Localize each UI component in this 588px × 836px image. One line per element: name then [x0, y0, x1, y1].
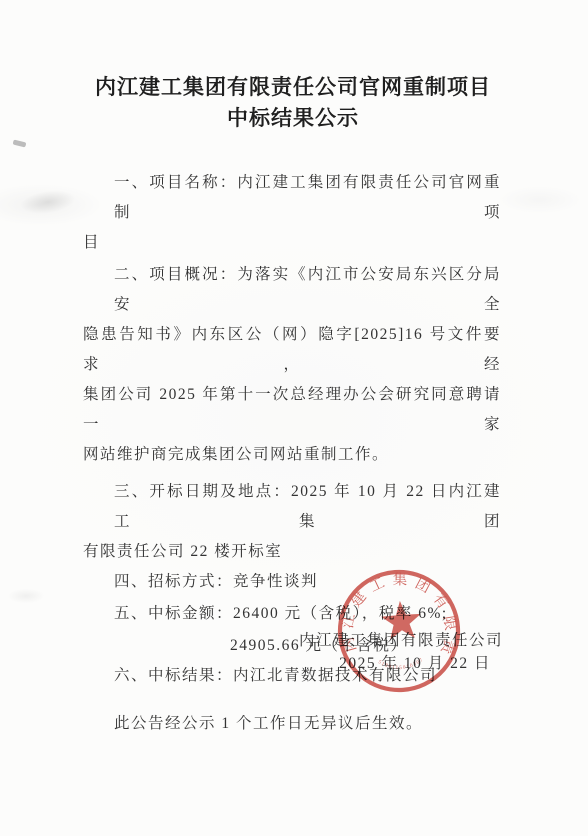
- scan-smudge: [17, 186, 80, 218]
- seal-serial: 5180115010307: [376, 656, 425, 673]
- title-line-1: 内江建工集团有限责任公司官网重制项目: [83, 72, 503, 103]
- body-line-8: 有限责任公司 22 楼开标室: [83, 537, 501, 567]
- document-title: 内江建工集团有限责任公司官网重制项目 中标结果公示: [83, 72, 503, 134]
- document-page: 内江建工集团有限责任公司官网重制项目 中标结果公示 一、项目名称：内江建工集团有…: [0, 0, 588, 836]
- body-line-5: 集团公司 2025 年第十一次总经理办公会研究同意聘请一家: [83, 380, 501, 440]
- body-line-13: 此公告经公示 1 个工作日无异议后生效。: [83, 709, 501, 739]
- title-line-2: 中标结果公示: [83, 103, 503, 134]
- body-line-2: 目: [83, 228, 501, 258]
- body-line-1: 一、项目名称：内江建工集团有限责任公司官网重制项: [83, 168, 501, 228]
- body-line-7: 三、开标日期及地点：2025 年 10 月 22 日内江建工集团: [83, 477, 501, 537]
- body-line-3: 二、项目概况：为落实《内江市公安局东兴区分局安全: [83, 260, 501, 320]
- red-star-icon: [380, 599, 423, 640]
- scan-smudge: [6, 588, 46, 604]
- scan-mark: [13, 140, 27, 148]
- body-line-4: 隐患告知书》内东区公（网）隐字[2025]16 号文件要求，经: [83, 320, 501, 380]
- company-seal-stamp: 内江建工集团有限责任公司 5180115010307: [332, 564, 466, 698]
- body-line-6: 网站维护商完成集团公司网站重制工作。: [83, 440, 501, 470]
